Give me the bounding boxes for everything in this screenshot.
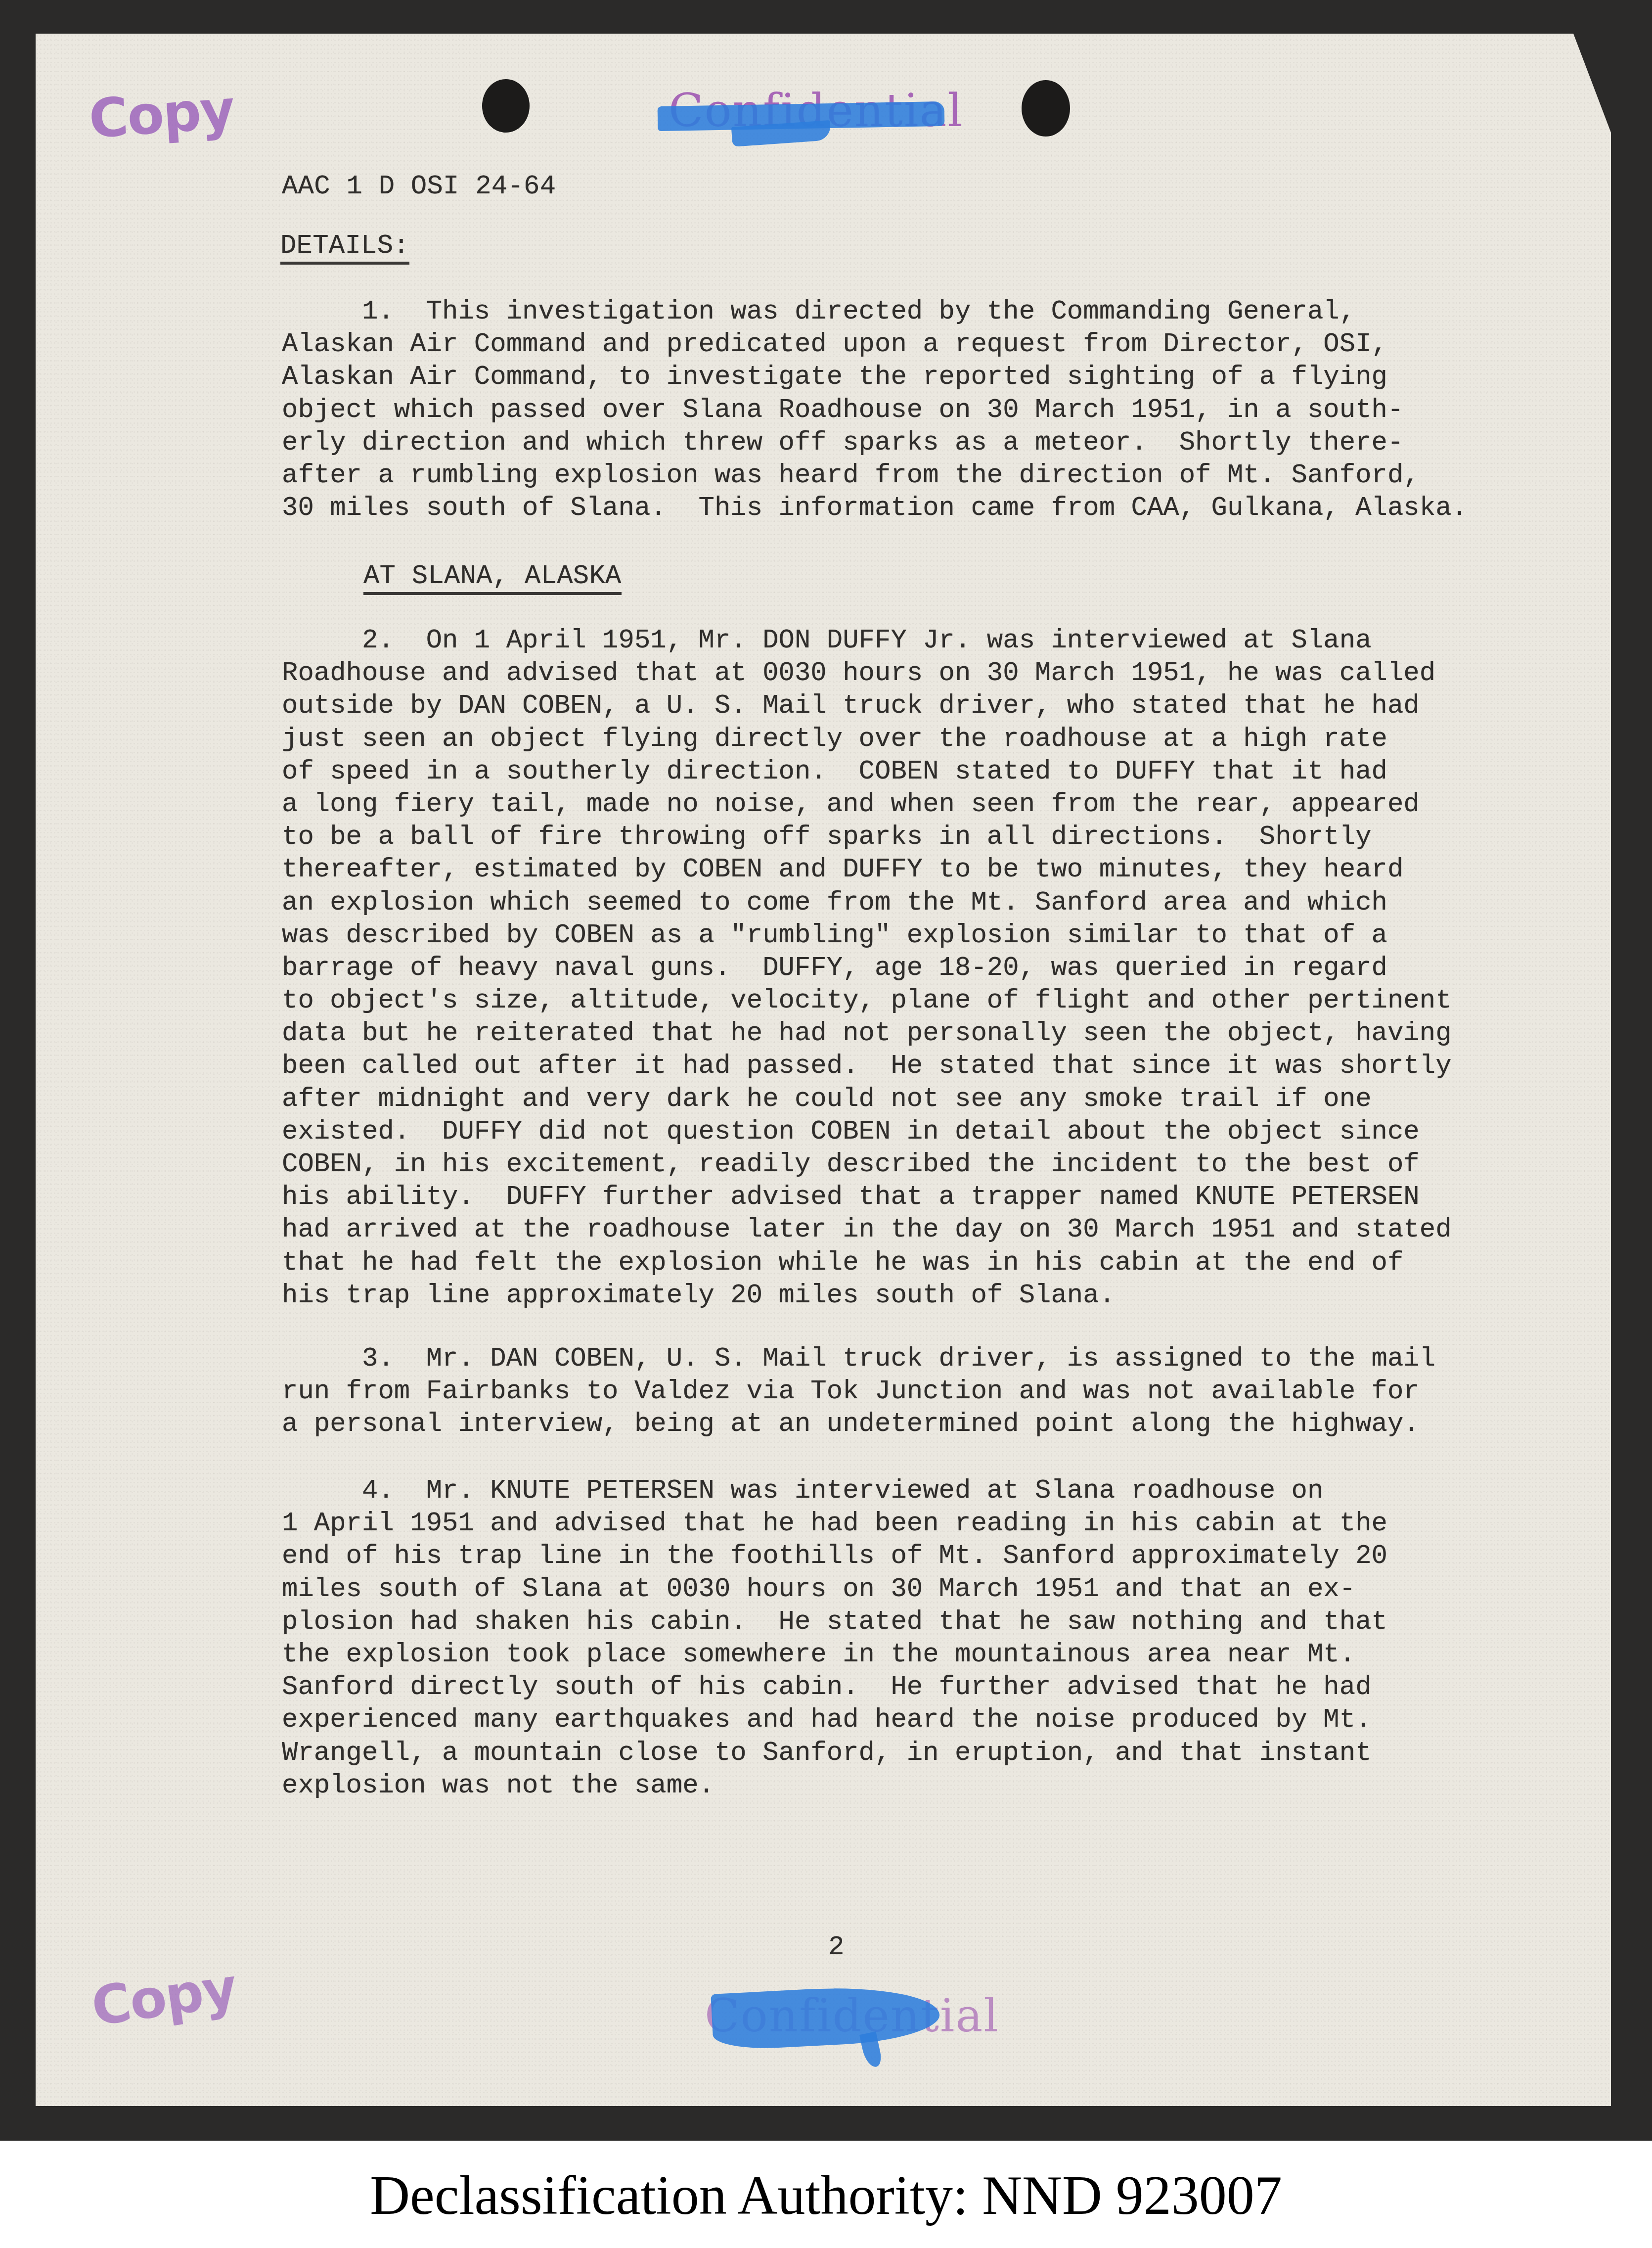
paragraph-line: 4. Mr. KNUTE PETERSEN was interviewed at… [282, 1475, 1518, 1508]
paragraph-line: Alaskan Air Command, to investigate the … [282, 361, 1518, 394]
paragraph-line: a personal interview, being at an undete… [282, 1408, 1518, 1441]
paragraph-line: erly direction and which threw off spark… [282, 427, 1518, 459]
paragraph-line: miles south of Slana at 0030 hours on 30… [282, 1573, 1518, 1606]
punch-hole-left [482, 79, 530, 133]
paragraph-line: explosion was not the same. [282, 1770, 1518, 1802]
paragraph-line: the explosion took place somewhere in th… [282, 1639, 1518, 1671]
declassification-caption: Declassification Authority: NND 923007 [0, 2162, 1652, 2229]
section-title-details: DETAILS: [280, 232, 409, 265]
paragraph-line: Alaskan Air Command and predicated upon … [282, 328, 1518, 361]
paragraph-line: outside by DAN COBEN, a U. S. Mail truck… [282, 690, 1518, 723]
page-number: 2 [828, 1931, 845, 1964]
paragraph-line: data but he reiterated that he had not p… [282, 1017, 1518, 1050]
paragraph-line: 3. Mr. DAN COBEN, U. S. Mail truck drive… [282, 1343, 1518, 1376]
paragraph-line: end of his trap line in the foothills of… [282, 1540, 1518, 1573]
punch-hole-right [1022, 80, 1070, 137]
paragraph-line: object which passed over Slana Roadhouse… [282, 394, 1518, 427]
paragraph-line: had arrived at the roadhouse later in th… [282, 1214, 1518, 1246]
paragraph-line: Roadhouse and advised that at 0030 hours… [282, 657, 1518, 690]
paragraph-line: just seen an object flying directly over… [282, 723, 1518, 756]
section-heading-at-slana: AT SLANA, ALASKA [363, 563, 622, 595]
paragraph-line: COBEN, in his excitement, readily descri… [282, 1148, 1518, 1181]
paragraph-line: his ability. DUFFY further advised that … [282, 1181, 1518, 1214]
paragraph-line: 2. On 1 April 1951, Mr. DON DUFFY Jr. wa… [282, 625, 1518, 657]
paragraph-line: thereafter, estimated by COBEN and DUFFY… [282, 854, 1518, 886]
paragraph-line: 1. This investigation was directed by th… [282, 296, 1518, 328]
paragraph-1: 1. This investigation was directed by th… [282, 296, 1518, 525]
paragraph-line: after midnight and very dark he could no… [282, 1083, 1518, 1116]
paragraph-line: a long fiery tail, made no noise, and wh… [282, 788, 1518, 821]
paragraph-line: 1 April 1951 and advised that he had bee… [282, 1508, 1518, 1540]
paragraph-line: an explosion which seemed to come from t… [282, 887, 1518, 919]
paragraph-line: to be a ball of fire throwing off sparks… [282, 821, 1518, 854]
copy-stamp-top: Copy [88, 83, 236, 146]
paragraph-line: was described by COBEN as a "rumbling" e… [282, 919, 1518, 952]
paragraph-line: barrage of heavy naval guns. DUFFY, age … [282, 952, 1518, 985]
paragraph-line: of speed in a southerly direction. COBEN… [282, 756, 1518, 788]
file-reference: AAC 1 D OSI 24-64 [282, 171, 556, 203]
paragraph-line: existed. DUFFY did not question COBEN in… [282, 1116, 1518, 1148]
paragraph-line: his trap line approximately 20 miles sou… [282, 1280, 1518, 1312]
paragraph-line: that he had felt the explosion while he … [282, 1247, 1518, 1280]
paragraph-line: Wrangell, a mountain close to Sanford, i… [282, 1737, 1518, 1770]
paragraph-line: run from Fairbanks to Valdez via Tok Jun… [282, 1376, 1518, 1408]
paragraph-3: 3. Mr. DAN COBEN, U. S. Mail truck drive… [282, 1343, 1518, 1441]
paragraph-line: Sanford directly south of his cabin. He … [282, 1671, 1518, 1704]
paragraph-line: experienced many earthquakes and had hea… [282, 1704, 1518, 1737]
paragraph-line: 30 miles south of Slana. This informatio… [282, 492, 1518, 525]
paragraph-line: to object's size, altitude, velocity, pl… [282, 985, 1518, 1017]
paragraph-2: 2. On 1 April 1951, Mr. DON DUFFY Jr. wa… [282, 625, 1518, 1312]
paragraph-line: plosion had shaken his cabin. He stated … [282, 1606, 1518, 1639]
paragraph-line: after a rumbling explosion was heard fro… [282, 459, 1518, 492]
paragraph-4: 4. Mr. KNUTE PETERSEN was interviewed at… [282, 1475, 1518, 1802]
paragraph-line: been called out after it had passed. He … [282, 1050, 1518, 1083]
